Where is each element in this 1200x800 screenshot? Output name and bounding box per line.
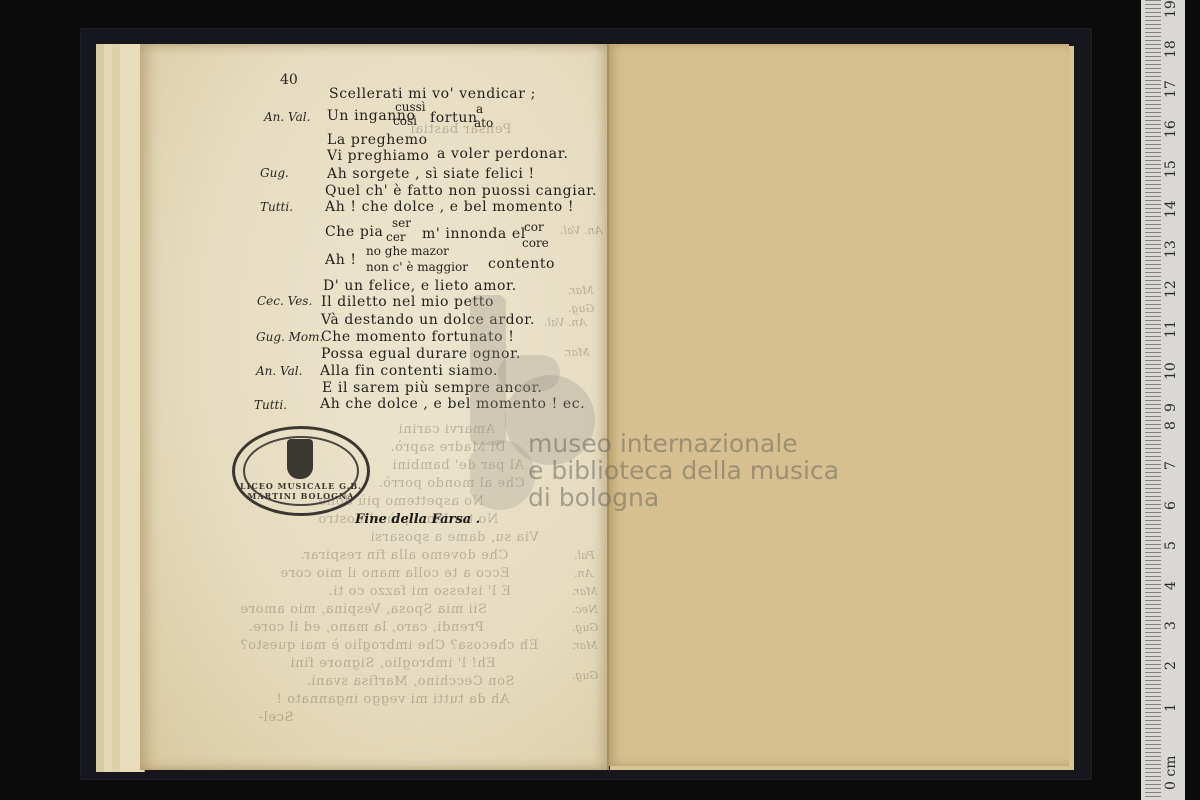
watermark-line: museo internazionale (528, 430, 839, 457)
speaker-label: Gug. Mom. (256, 330, 323, 344)
ruler-label: 13 (1163, 240, 1179, 258)
variant-bottom: cer (386, 230, 406, 244)
ruler-label: 18 (1163, 40, 1179, 58)
show-through-speaker: Gug. (568, 302, 594, 315)
show-through-line: Amarvi carini (398, 422, 495, 437)
show-through-line: Scel- (258, 710, 293, 725)
ruler-label: 17 (1163, 80, 1179, 98)
show-through-line: Sii mia Sposa, Vespina, mio amore (240, 602, 487, 617)
show-through-line: Ecco a te colla mano il mio core (280, 566, 510, 581)
left-page: Pensar bastiai Amarvi carini Di Madre sa… (140, 44, 609, 770)
ruler-label: 12 (1163, 280, 1179, 298)
show-through-line: E l' istesso mi fazzo co ti. (328, 584, 511, 599)
variant-top: a (476, 102, 483, 116)
show-through-speaker: Nec. (572, 603, 598, 616)
ruler-label: 6 (1163, 501, 1179, 510)
ruler-label: 4 (1163, 581, 1179, 590)
verse-line: Il diletto nel mio petto (321, 294, 494, 310)
verse-fragment: m' innonda el (422, 226, 526, 242)
verse-line: La preghemo (327, 132, 428, 148)
ruler-label: 10 (1163, 362, 1179, 380)
verse-line: Và destando un dolce ardor. (321, 312, 535, 328)
ruler-label: 16 (1163, 120, 1179, 138)
speaker-label: An. Val. (264, 110, 310, 124)
speaker-label: Tutti. (254, 398, 287, 412)
ruler-label: 1 (1163, 703, 1179, 712)
variant-bottom: ato (474, 116, 493, 130)
ruler-label: 0 cm (1163, 756, 1179, 790)
show-through-speaker: Mar. (568, 284, 593, 297)
show-through-speaker: Mar. (572, 639, 597, 652)
show-through-speaker: An. Val. (560, 224, 603, 237)
show-through-line: Al par de' bambini (392, 458, 524, 473)
speaker-label: Gug. (260, 166, 289, 180)
speaker-label: An. Val. (256, 364, 302, 378)
show-through-speaker: Pal. (574, 549, 594, 562)
show-through-line: Prendi, caro, la mano, ed il core. (248, 620, 484, 635)
watermark-line: e biblioteca della musica (528, 457, 839, 484)
variant-top: cussì (395, 100, 426, 114)
verse-line: Che momento fortunato ! (321, 329, 515, 345)
speaker-label: Tutti. (260, 200, 293, 214)
variant-top: cor (524, 220, 544, 234)
ruler-label: 9 (1163, 403, 1179, 412)
verse-line: Alla fin contenti siamo. (320, 363, 498, 379)
page-number: 40 (280, 72, 298, 88)
verse-line: Ah ! che dolce , e bel momento ! (325, 199, 574, 215)
variant-bottom: non c' è maggior (366, 260, 468, 274)
verse-line: Scellerati mi vo' vendicar ; (329, 86, 536, 102)
right-page (607, 44, 1069, 766)
variant-top: no ghe mazor (366, 244, 449, 258)
show-through-line: Che al mondo porrò. (378, 476, 525, 491)
show-through-speaker: An. Val. (544, 316, 587, 329)
show-through-line: Che dovemo alla fin respirar. (300, 548, 508, 563)
show-through-line: Eh! l' imbroglio, Signore fini (290, 656, 496, 671)
ruler-label: 3 (1163, 621, 1179, 630)
end-of-farce-line: Fine della Farsa . (355, 512, 480, 527)
show-through-line: Di Madre saprò. (390, 440, 506, 455)
variant-bottom: core (522, 236, 549, 250)
variant-top: ser (392, 216, 411, 230)
ruler-label: 2 (1163, 661, 1179, 670)
ruler-label: 8 (1163, 421, 1179, 430)
verse-line: E il sarem più sempre ancor. (322, 380, 542, 396)
show-through-speaker: Mar. (572, 585, 597, 598)
show-through-speaker: An. (574, 567, 593, 580)
crest-icon (287, 439, 313, 479)
verse-line: Quel ch' è fatto non puossi cangiar. (325, 183, 597, 199)
ruler-label: 5 (1163, 541, 1179, 550)
show-through-speaker: Gug. (572, 621, 598, 634)
verse-line: Ah ! (325, 252, 357, 268)
scale-ruler: 0 cm 1 2 3 4 5 6 7 8 9 10 11 12 13 14 15… (1141, 0, 1185, 800)
ruler-label: 19 (1163, 0, 1179, 18)
verse-fragment: contento (488, 256, 555, 272)
verse-line: Che pia (325, 224, 383, 240)
show-through-line: Via su, dame a sposarsi (370, 530, 539, 545)
verse-line: Ah sorgete , sì siate felici ! (327, 166, 535, 182)
show-through-speaker: Mar. (564, 346, 589, 359)
verse-line: Vi preghiamo (327, 148, 429, 164)
verse-line: D' un felice, e lieto amor. (323, 278, 517, 294)
ruler-label: 14 (1163, 200, 1179, 218)
verse-line: Ah che dolce , e bel momento ! ec. (320, 396, 585, 412)
library-stamp: LICEO MUSICALE G.B. MARTINI BOLOGNA (232, 426, 370, 516)
ruler-label: 7 (1163, 461, 1179, 470)
ruler-label: 15 (1163, 160, 1179, 178)
variant-bottom: così (393, 114, 417, 128)
show-through-line: Son Cecchino, Marfisa svanì. (306, 674, 514, 689)
verse-fragment: fortun (430, 110, 478, 126)
show-through-speaker: Gug. (572, 669, 598, 682)
verse-fragment: a voler perdonar. (437, 146, 569, 162)
verse-line: Possa egual durare ognor. (321, 346, 521, 362)
show-through-line: Eh checosa? Che imbroglio è mai questo? (240, 638, 538, 653)
speaker-label: Cec. Ves. (257, 294, 312, 308)
show-through-line: Ah da tutti mi veggo ingannato ! (276, 692, 509, 707)
watermark-text: museo internazionale e biblioteca della … (528, 430, 839, 511)
ruler-label: 11 (1163, 320, 1179, 338)
stamp-text: LICEO MUSICALE G.B. MARTINI BOLOGNA (235, 481, 367, 501)
watermark-line: di bologna (528, 484, 839, 511)
